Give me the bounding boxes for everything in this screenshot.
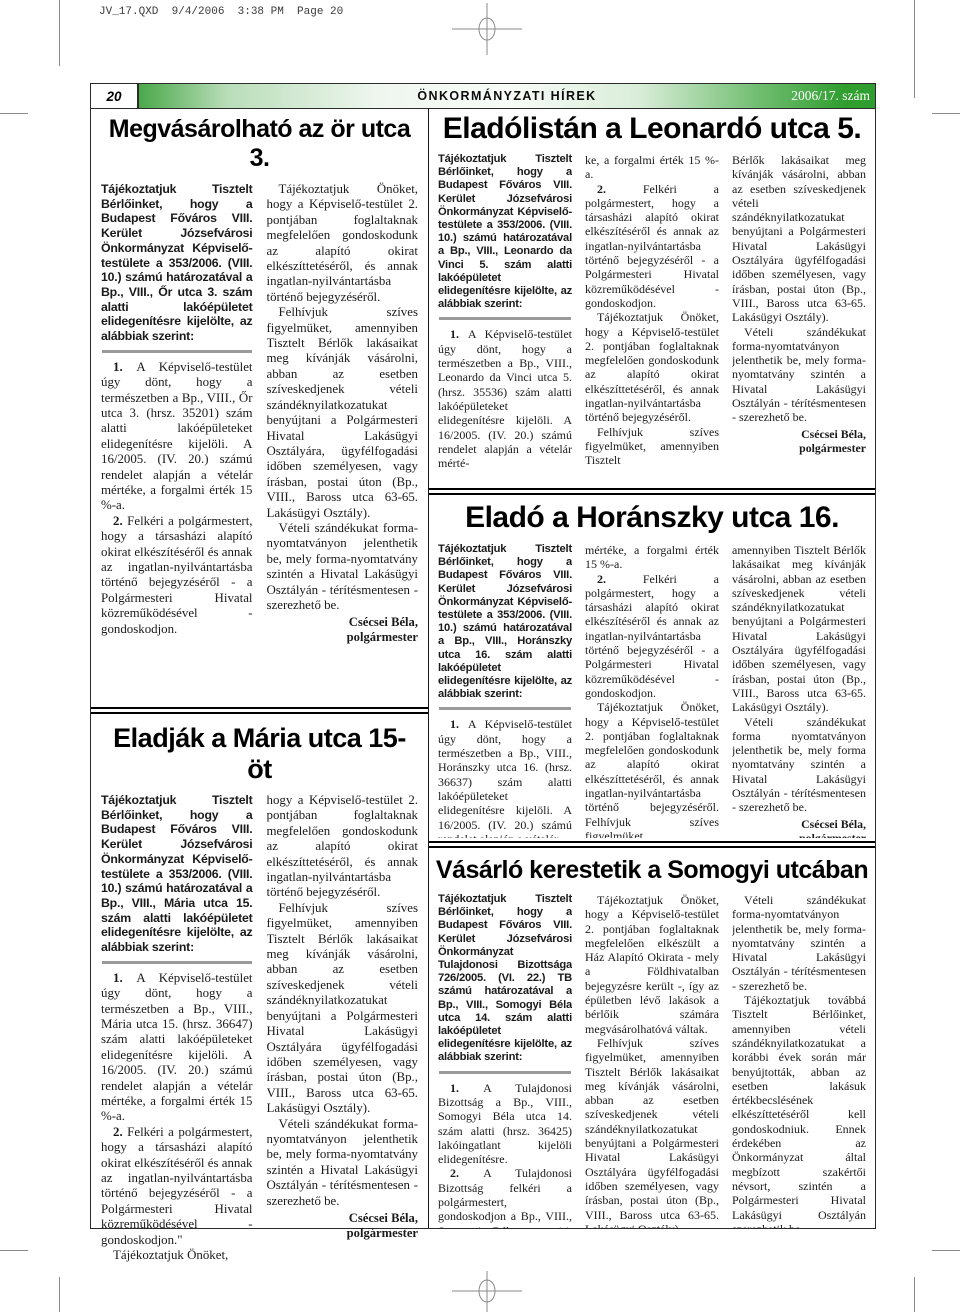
- article-paragraph: hogy a Képviselő-testület 2. pontjában f…: [267, 793, 419, 901]
- crop-mark: [59, 0, 60, 66]
- article-paragraph: Tájékoztatjuk Önöket, hogy a Képviselő-t…: [585, 310, 719, 424]
- article-column: Tájékoztatjuk Tisztelt Bérlőinket, hogy …: [438, 153, 572, 485]
- paragraph-divider: [439, 317, 571, 320]
- paragraph-divider: [439, 707, 571, 710]
- article-title: Eladják a Mária utca 15-öt: [101, 723, 418, 785]
- article-title: Megvásárolható az ör utca 3.: [101, 115, 418, 173]
- article-column: Tájékoztatjuk Önöket, hogy a Képviselő-t…: [267, 182, 419, 704]
- crop-mark: [0, 113, 28, 114]
- left-section: Megvásárolható az ör utca 3. Tájékoztatj…: [91, 108, 428, 1228]
- registration-mark: [452, 3, 522, 55]
- crop-mark: [0, 1250, 28, 1251]
- article-paragraph: Vételi szándékukat forma-nyomtatványon j…: [267, 1117, 419, 1209]
- signature-name: Csécsei Béla,: [732, 817, 866, 831]
- article-paragraph: Felhívjuk szíves figyelmüket, amennyiben…: [585, 425, 719, 468]
- section-separator: [91, 707, 428, 714]
- signature-role: polgármester: [267, 1226, 419, 1241]
- article-title: Eladólistán a Leonardó utca 5.: [435, 112, 869, 146]
- article-paragraph: mértéke, a forgalmi érték 15 %-a.: [585, 543, 719, 572]
- article-columns: Tájékoztatjuk Tisztelt Bérlőinket, hogy …: [101, 182, 418, 704]
- article-lead: Tájékoztatjuk Tisztelt Bérlőinket, hogy …: [101, 793, 253, 955]
- article-paragraph: Tájékoztatjuk továbbá Tisztelt Bérlőinke…: [732, 993, 866, 1228]
- article-columns: Tájékoztatjuk Tisztelt Bérlőinket, hogy …: [101, 793, 418, 1292]
- signature-role: polgármester: [732, 441, 866, 455]
- article-column: Tájékoztatjuk Önöket, hogy a Képviselő-t…: [585, 893, 719, 1228]
- crop-mark: [932, 1250, 960, 1251]
- article-column: Tájékoztatjuk Tisztelt Bérlőinket, hogy …: [101, 793, 253, 1292]
- signature-role: polgármester: [267, 630, 419, 645]
- issue-label: 2006/17. szám: [791, 88, 875, 104]
- article-column: Bérlők lakásaikat meg kívánják vásárolni…: [732, 153, 866, 485]
- article-paragraph: 2. Felkéri a polgármestert, hogy a társa…: [585, 572, 719, 701]
- article-paragraph: 1. A Képviselő-testület úgy dönt, hogy a…: [101, 360, 253, 514]
- signature-name: Csécsei Béla,: [732, 427, 866, 441]
- article-paragraph: ke, a forgalmi érték 15 %-a.: [585, 153, 719, 182]
- page-number: 20: [91, 84, 138, 108]
- article-column: amennyiben Tisztelt Bérlők lakásaikat me…: [732, 543, 866, 838]
- article-paragraph: Vételi szándékukat forma-nyomtatványon j…: [267, 521, 419, 613]
- article-column: Tájékoztatjuk Tisztelt Bérlőinket, hogy …: [438, 893, 572, 1228]
- page-frame: 20 ÖNKORMÁNYZATI HÍREK 2006/17. szám Meg…: [90, 83, 876, 1229]
- article-paragraph: 1. A Képviselő-testület úgy dönt, hogy a…: [438, 717, 572, 838]
- article-title: Eladó a Horánszky utca 16.: [435, 501, 869, 535]
- article-paragraph: 1. A Képviselő-testület úgy dönt, hogy a…: [101, 971, 253, 1125]
- page-content: Megvásárolható az ör utca 3. Tájékoztatj…: [91, 108, 875, 1228]
- article-paragraph: 1. A Képviselő-testület úgy dönt, hogy a…: [438, 327, 572, 470]
- article-paragraph: Tájékoztatjuk Önöket, hogy a Képviselő-t…: [267, 182, 419, 305]
- article-lead: Tájékoztatjuk Tisztelt Bérlőinket, hogy …: [101, 182, 253, 344]
- paragraph-divider: [102, 961, 252, 964]
- article-paragraph: 2. A Tulajdonosi Bizottság felkéri a pol…: [438, 1166, 572, 1228]
- paragraph-divider: [439, 1071, 571, 1074]
- article-column: ke, a forgalmi érték 15 %-a.2. Felkéri a…: [585, 153, 719, 485]
- section-separator: [429, 488, 875, 495]
- article-leonardo-utca: Eladólistán a Leonardó utca 5. Tájékozta…: [429, 112, 875, 485]
- crop-mark: [59, 1277, 60, 1312]
- article-paragraph: Felhívjuk szíves figyelmüket, amennyiben…: [267, 305, 419, 521]
- right-section: Eladólistán a Leonardó utca 5. Tájékozta…: [429, 108, 875, 1228]
- article-paragraph: Vételi szándékukat forma-nyomtatványon j…: [732, 325, 866, 425]
- article-paragraph: Tájékoztatjuk Önöket, hogy a Képviselő-t…: [585, 893, 719, 1036]
- article-paragraph: 1. A Tulajdonosi Bizottság a Bp., VIII.,…: [438, 1081, 572, 1167]
- article-somogyi-utca: Vásárló kerestetik a Somogyi utcában Táj…: [429, 856, 875, 1228]
- signature-role: polgármester: [732, 831, 866, 838]
- article-paragraph: Tájékoztatjuk Önöket, hogy a Képviselő-t…: [585, 700, 719, 838]
- registration-mark: [452, 1271, 522, 1312]
- print-job-line: JV_17.QXD 9/4/2006 3:38 PM Page 20: [99, 6, 343, 18]
- article-lead: Tájékoztatjuk Tisztelt Bérlőinket, hogy …: [438, 893, 572, 1065]
- article-lead: Tájékoztatjuk Tisztelt Bérlőinket, hogy …: [438, 153, 572, 311]
- signature-name: Csécsei Béla,: [267, 1211, 419, 1226]
- masthead-title: ÖNKORMÁNYZATI HÍREK: [139, 89, 875, 103]
- article-or-utca: Megvásárolható az ör utca 3. Tájékoztatj…: [91, 115, 428, 704]
- article-maria-utca: Eladják a Mária utca 15-öt Tájékoztatjuk…: [91, 723, 428, 1292]
- masthead-bar: ÖNKORMÁNYZATI HÍREK 2006/17. szám: [138, 84, 875, 108]
- article-paragraph: 2. Felkéri a polgármestert, hogy a társa…: [101, 1125, 253, 1248]
- article-paragraph: 2. Felkéri a polgármestert, hogy a társa…: [101, 514, 253, 637]
- article-columns: Tájékoztatjuk Tisztelt Bérlőinket, hogy …: [438, 543, 866, 838]
- article-column: mértéke, a forgalmi érték 15 %-a.2. Felk…: [585, 543, 719, 838]
- article-paragraph: Vételi szándékukat forma-nyomtatványon j…: [732, 893, 866, 993]
- article-paragraph: Felhívjuk szíves figyelmüket, amennyiben…: [267, 901, 419, 1117]
- article-column: Tájékoztatjuk Tisztelt Bérlőinket, hogy …: [101, 182, 253, 704]
- article-column: Tájékoztatjuk Tisztelt Bérlőinket, hogy …: [438, 543, 572, 838]
- signature-name: Csécsei Béla,: [267, 615, 419, 630]
- article-paragraph: Felhívjuk szíves figyelmüket, amennyiben…: [585, 1036, 719, 1228]
- article-columns: Tájékoztatjuk Tisztelt Bérlőinket, hogy …: [438, 153, 866, 485]
- article-columns: Tájékoztatjuk Tisztelt Bérlőinket, hogy …: [438, 893, 866, 1228]
- masthead: 20 ÖNKORMÁNYZATI HÍREK 2006/17. szám: [91, 84, 875, 109]
- article-lead: Tájékoztatjuk Tisztelt Bérlőinket, hogy …: [438, 543, 572, 701]
- article-paragraph: Tájékoztatjuk Önöket,: [101, 1248, 253, 1263]
- crop-mark: [914, 1277, 915, 1312]
- article-paragraph: 2. Felkéri a polgármestert, hogy a társa…: [585, 182, 719, 311]
- article-column: Vételi szándékukat forma-nyomtatványon j…: [732, 893, 866, 1228]
- article-paragraph: Vételi szándékukat forma nyomtatványon j…: [732, 715, 866, 815]
- crop-mark: [914, 0, 915, 98]
- article-horanszky-utca: Eladó a Horánszky utca 16. Tájékoztatjuk…: [429, 501, 875, 838]
- article-paragraph: Bérlők lakásaikat meg kívánják vásárolni…: [732, 153, 866, 325]
- paragraph-divider: [102, 350, 252, 353]
- section-separator: [429, 841, 875, 848]
- article-paragraph: amennyiben Tisztelt Bérlők lakásaikat me…: [732, 543, 866, 715]
- article-title: Vásárló kerestetik a Somogyi utcában: [433, 856, 871, 885]
- crop-mark: [932, 113, 960, 114]
- article-column: hogy a Képviselő-testület 2. pontjában f…: [267, 793, 419, 1292]
